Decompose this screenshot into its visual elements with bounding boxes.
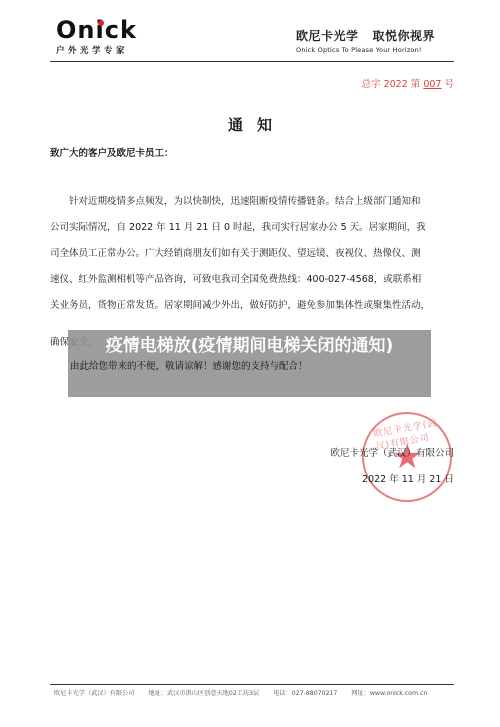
body-line: 针对近期疫情多点频发，为以快制快，迅速阻断疫情传播链条。结合上级部门通知和 [50,189,458,215]
closing-line: 由此给您带来的不便，敬请谅解！感谢您的支持与配合！ [70,358,308,372]
notice-body: 针对近期疫情多点频发，为以快制快，迅速阻断疫情传播链条。结合上级部门通知和 公司… [50,189,458,319]
company-logo: Onick 户外光学专家 [56,18,146,56]
body-line: 关业务员，货物正常发货。居家期间减少外出，做好防护，避免参加集体性或聚集性活动， [50,293,458,319]
logo-red-dot-icon [98,20,104,26]
page-footer: 欧尼卡光学（武汉）有限公司 地址：武汉市洪山区创意天地02工坊3层 电话：027… [54,688,439,697]
logo-tagline: 户外光学专家 [56,44,146,56]
signature-company: 欧尼卡光学（武汉）有限公司 [330,445,454,459]
salutation: 致广大的客户及欧尼卡员工： [50,145,174,159]
slogan-company: 欧尼卡光学 [296,29,359,43]
footer-website[interactable]: 网址：www.onick.com.cn [351,690,427,697]
footer-address: 地址：武汉市洪山区创意天地02工坊3层 [148,690,259,697]
slogan-motto: 取悦你视界 [373,29,436,43]
header-divider [50,61,454,62]
body-line: 公司实际情况，自 2022 年 11 月 21 日 0 时起，我司实行居家办公 … [50,215,458,241]
footer-phone: 电话：027-88070217 [273,690,337,697]
doc-number-suffix: 号 [441,79,454,90]
body-line: 速仪、红外监测相机等产品咨询，可致电我司全国免费热线：400-027-4568，… [50,267,458,293]
document-number: 总字 2022 第 007 号 [362,76,454,90]
overlay-title: 疫情电梯放(疫情期间电梯关闭的通知) [68,334,431,359]
slogan-english: Onick Optics To Please Your Horizon! [296,46,435,54]
signature-date: 2022 年 11 月 21 日 [362,471,454,485]
footer-company: 欧尼卡光学（武汉）有限公司 [54,690,134,697]
slogan-chinese: 欧尼卡光学取悦你视界 [296,27,435,44]
page-title: 通知 [0,114,500,135]
header-slogan: 欧尼卡光学取悦你视界 Onick Optics To Please Your H… [296,27,435,54]
footer-divider [50,684,454,685]
doc-number-value: 007 [423,79,441,90]
doc-number-prefix: 总字 2022 第 [362,79,424,90]
body-line: 司全体员工正常办公。广大经销商朋友们如有关于测距仪、望远镜、夜视仪、热像仪、测 [50,241,458,267]
